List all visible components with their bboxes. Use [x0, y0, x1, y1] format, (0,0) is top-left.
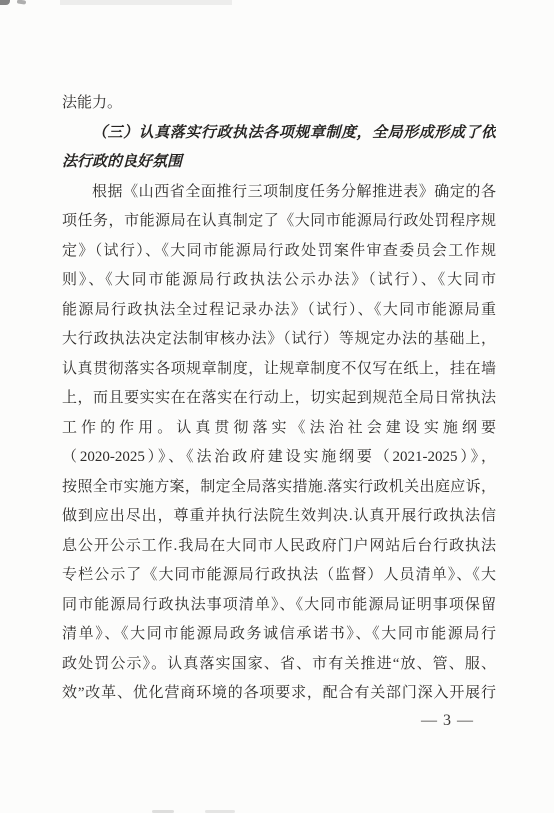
- text-line: 专栏公示了《大同市能源局行政执法（监督）人员清单》、《大: [62, 561, 496, 591]
- text-line: 定》（试行）、《大同市能源局行政处罚案件审查委员会工作规: [62, 237, 496, 267]
- text-line: 息公开公示工作.我局在大同市人民政府门户网站后台行政执法: [62, 532, 496, 562]
- document-lines: 法能力。（三）认真落实行政执法各项规章制度，全局形成形成了依法行政的良好氛围根据…: [62, 89, 496, 709]
- page-number: — 3 —: [421, 712, 474, 730]
- text-line: 认真贯彻落实各项规章制度，让规章制度不仅写在纸上，挂在墙: [62, 355, 496, 385]
- text-line: 效”改革、优化营商环境的各项要求，配合有关部门深入开展行: [62, 679, 496, 709]
- text-line: 项任务，市能源局在认真制定了《大同市能源局行政处罚程序规: [62, 207, 496, 237]
- text-line: 同市能源局行政执法事项清单》、《大同市能源局证明事项保留: [62, 591, 496, 621]
- document-page: 法能力。（三）认真落实行政执法各项规章制度，全局形成形成了依法行政的良好氛围根据…: [0, 0, 554, 813]
- text-line: （2020-2025）》、《法治政府建设实施纲要（2021-2025）》，: [62, 443, 496, 473]
- heading-line: （三）认真落实行政执法各项规章制度，全局形成形成了依: [62, 119, 496, 149]
- heading-line: 法行政的良好氛围: [62, 148, 496, 178]
- scan-artifact-dash: [17, 0, 26, 5]
- text-line: 工作的作用。认真贯彻落实《法治社会建设实施纲要: [62, 414, 496, 444]
- scan-artifact-corner: [0, 0, 10, 5]
- text-line: 根据《山西省全面推行三项制度任务分解推进表》确定的各: [62, 178, 496, 208]
- text-line: 大行政执法决定法制审核办法》（试行）等规定办法的基础上，: [62, 325, 496, 355]
- text-line: 按照全市实施方案，制定全局落实措施.落实行政机关出庭应诉，: [62, 473, 496, 503]
- scan-artifact-strip: [60, 0, 232, 5]
- text-line: 则》、《大同市能源局行政执法公示办法》（试行）、《大同市: [62, 266, 496, 296]
- text-line: 上，而且要实实在在落实在行动上，切实起到规范全局日常执法: [62, 384, 496, 414]
- text-line: 能源局行政执法全过程记录办法》（试行）、《大同市能源局重: [62, 296, 496, 326]
- text-line: 法能力。: [62, 89, 496, 119]
- text-line: 清单》、《大同市能源局政务诚信承诺书》、《大同市能源局行: [62, 620, 496, 650]
- text-line: 做到应出尽出，尊重并执行法院生效判决.认真开展行政执法信: [62, 502, 496, 532]
- text-line: 政处罚公示》。认真落实国家、省、市有关推进“放、管、服、: [62, 650, 496, 680]
